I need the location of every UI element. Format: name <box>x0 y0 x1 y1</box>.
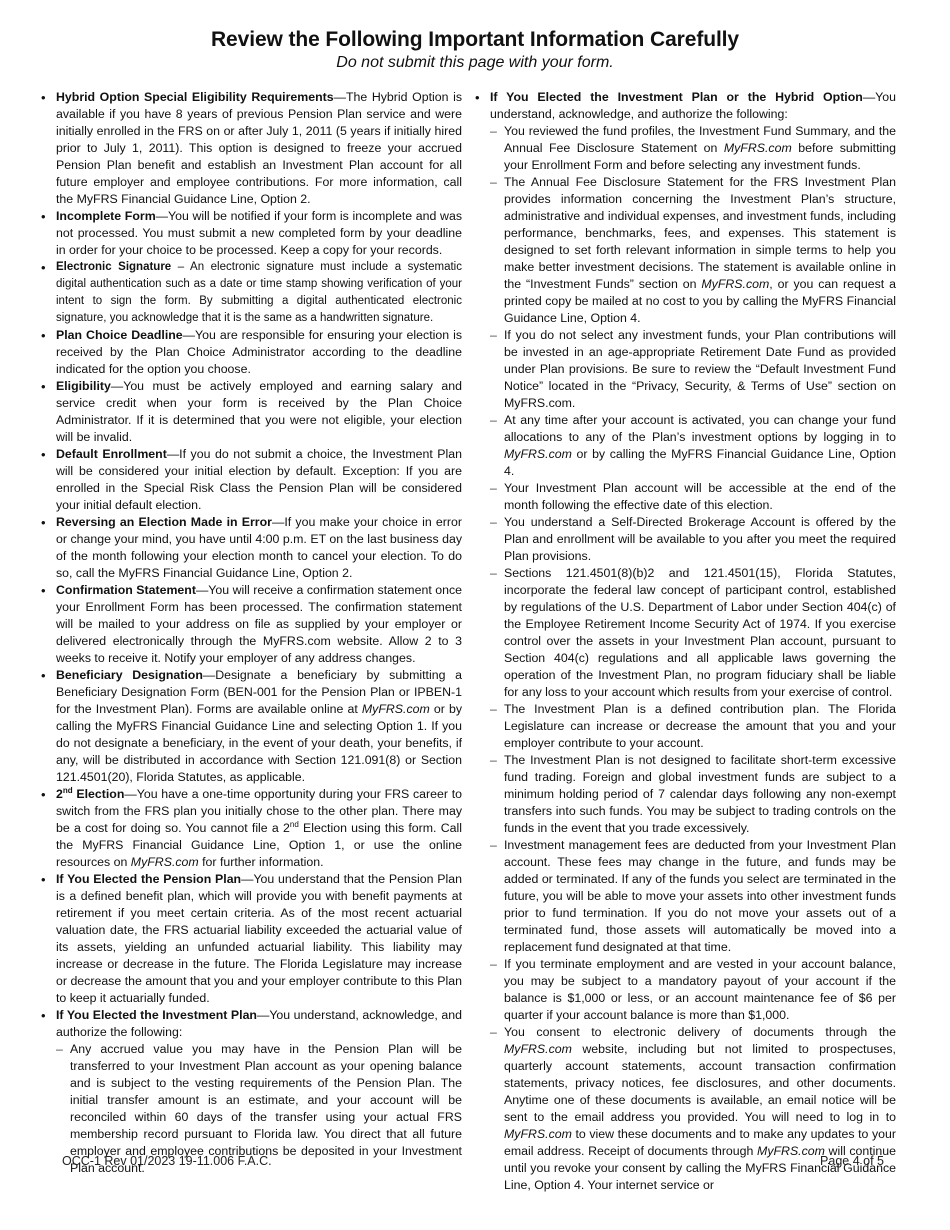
item-hybrid-eligibility: Hybrid Option Special Eligibility Requir… <box>40 89 462 208</box>
myfrs-link[interactable]: MyFRS.com <box>504 1127 572 1141</box>
item-second-election: 2nd Election—You have a one-time opportu… <box>40 786 462 871</box>
item-confirmation-statement: Confirmation Statement—You will receive … <box>40 582 462 667</box>
myfrs-link[interactable]: MyFRS.com <box>504 447 572 461</box>
item-heading: Eligibility <box>56 379 111 393</box>
item-beneficiary-designation: Beneficiary Designation—Designate a bene… <box>40 667 462 786</box>
sub-item-participant-control: Sections 121.4501(8)(b)2 and 121.4501(15… <box>490 565 896 701</box>
item-pension-plan: If You Elected the Pension Plan—You unde… <box>40 871 462 1007</box>
item-electronic-signature: Electronic Signature – An electronic sig… <box>40 259 462 327</box>
form-id-footer: OCC-1 Rev 01/2023 19-11.006 F.A.C. <box>62 1154 272 1168</box>
item-reversing-election: Reversing an Election Made in Error—If y… <box>40 514 462 582</box>
item-investment-or-hybrid: If You Elected the Investment Plan or th… <box>474 89 896 1194</box>
item-heading: Reversing an Election Made in Error <box>56 515 272 529</box>
sub-item-fund-profiles: You reviewed the fund profiles, the Inve… <box>490 123 896 174</box>
item-heading: Electronic Signature <box>56 261 171 273</box>
sub-list: You reviewed the fund profiles, the Inve… <box>490 123 896 1194</box>
item-heading: 2nd Election <box>56 787 124 801</box>
item-default-enrollment: Default Enrollment—If you do not submit … <box>40 446 462 514</box>
myfrs-link[interactable]: MyFRS.com <box>131 855 199 869</box>
item-eligibility: Eligibility—You must be actively employe… <box>40 378 462 446</box>
item-incomplete-form: Incomplete Form—You will be notified if … <box>40 208 462 259</box>
sub-item-electronic-delivery: You consent to electronic delivery of do… <box>490 1024 896 1194</box>
myfrs-link[interactable]: MyFRS.com <box>724 141 792 155</box>
sub-item-account-access: Your Investment Plan account will be acc… <box>490 480 896 514</box>
info-list-left: Hybrid Option Special Eligibility Requir… <box>40 89 462 1177</box>
right-column: If You Elected the Investment Plan or th… <box>474 89 896 1194</box>
item-plan-choice-deadline: Plan Choice Deadline—You are responsible… <box>40 327 462 378</box>
myfrs-link[interactable]: MyFRS.com <box>504 1042 572 1056</box>
item-heading: Beneficiary Designation <box>56 668 203 682</box>
sub-item-brokerage: You understand a Self-Directed Brokerage… <box>490 514 896 565</box>
item-heading: Plan Choice Deadline <box>56 328 183 342</box>
sub-item-default-fund: If you do not select any investment fund… <box>490 327 896 412</box>
left-column: Hybrid Option Special Eligibility Requir… <box>40 89 462 1177</box>
item-heading: If You Elected the Pension Plan <box>56 872 241 886</box>
sub-item-excessive-trading: The Investment Plan is not designed to f… <box>490 752 896 837</box>
item-heading: Confirmation Statement <box>56 583 196 597</box>
myfrs-link[interactable]: MyFRS.com <box>362 702 430 716</box>
item-heading: If You Elected the Investment Plan <box>56 1008 257 1022</box>
item-heading: Hybrid Option Special Eligibility Requir… <box>56 90 334 104</box>
item-investment-plan: If You Elected the Investment Plan—You u… <box>40 1007 462 1177</box>
info-list-right: If You Elected the Investment Plan or th… <box>474 89 896 1194</box>
item-heading: Default Enrollment <box>56 447 167 461</box>
page-header: Review the Following Important Informati… <box>0 27 950 73</box>
page-number: Page 4 of 5 <box>820 1154 884 1168</box>
myfrs-link[interactable]: MyFRS.com <box>701 277 769 291</box>
page-subtitle: Do not submit this page with your form. <box>0 53 950 73</box>
sub-item-mandatory-payout: If you terminate employment and are vest… <box>490 956 896 1024</box>
myfrs-link[interactable]: MyFRS.com <box>757 1144 825 1158</box>
sub-item-management-fees: Investment management fees are deducted … <box>490 837 896 956</box>
sub-item-defined-contribution: The Investment Plan is a defined contrib… <box>490 701 896 752</box>
page-title: Review the Following Important Informati… <box>0 27 950 53</box>
sub-item-change-allocations: At any time after your account is activa… <box>490 412 896 480</box>
item-heading: Incomplete Form <box>56 209 156 223</box>
sub-item-fee-disclosure: The Annual Fee Disclosure Statement for … <box>490 174 896 327</box>
item-heading: If You Elected the Investment Plan or th… <box>490 90 863 104</box>
